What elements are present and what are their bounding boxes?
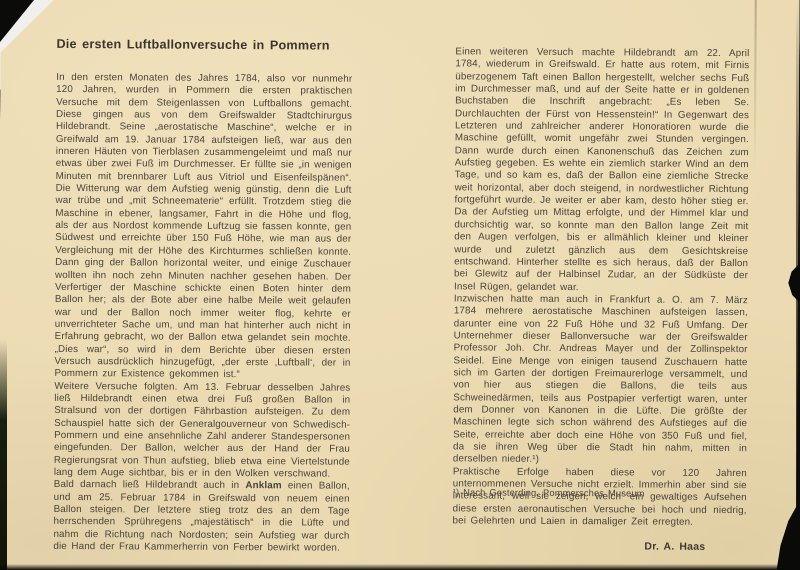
paper-card: Die ersten Luftballonversuche in Pommern… (0, 0, 800, 570)
footnote: ¹) Nach Gesterding, Pommersches Museum (453, 487, 747, 499)
place-name-bold: Anklam (245, 480, 281, 491)
paragraph-text: einen Ballon, und am 25. Februar 1784 in… (53, 481, 349, 554)
left-scan-edge (0, 340, 7, 570)
paragraph: Bald darnach ließ Hildebrandt auch in An… (53, 479, 349, 555)
left-column: Die ersten Luftballonversuche in Pommern… (53, 37, 352, 555)
bottom-scan-edge (0, 564, 800, 570)
article-title: Die ersten Luftballonversuche in Pommern (56, 37, 352, 53)
paragraph: Einen weiteren Versuch machte Hildebrand… (454, 46, 750, 295)
paragraph-text: Bald darnach ließ Hildebrandt auch in (54, 479, 246, 491)
paragraph-text: Weitere Versuche folgten. Am 13. Februar… (54, 380, 351, 479)
author-signature: Dr. A. Haas (452, 541, 746, 555)
paragraph: Inzwischen hatte man auch in Frankfurt a… (453, 293, 748, 468)
right-column: Einen weiteren Versuch machte Hildebrand… (452, 46, 749, 555)
paragraph: In den ersten Monaten des Jahres 1784, a… (54, 72, 352, 382)
paragraph: Weitere Versuche folgten. Am 13. Februar… (54, 380, 351, 481)
paper-fold-line (754, 0, 757, 169)
